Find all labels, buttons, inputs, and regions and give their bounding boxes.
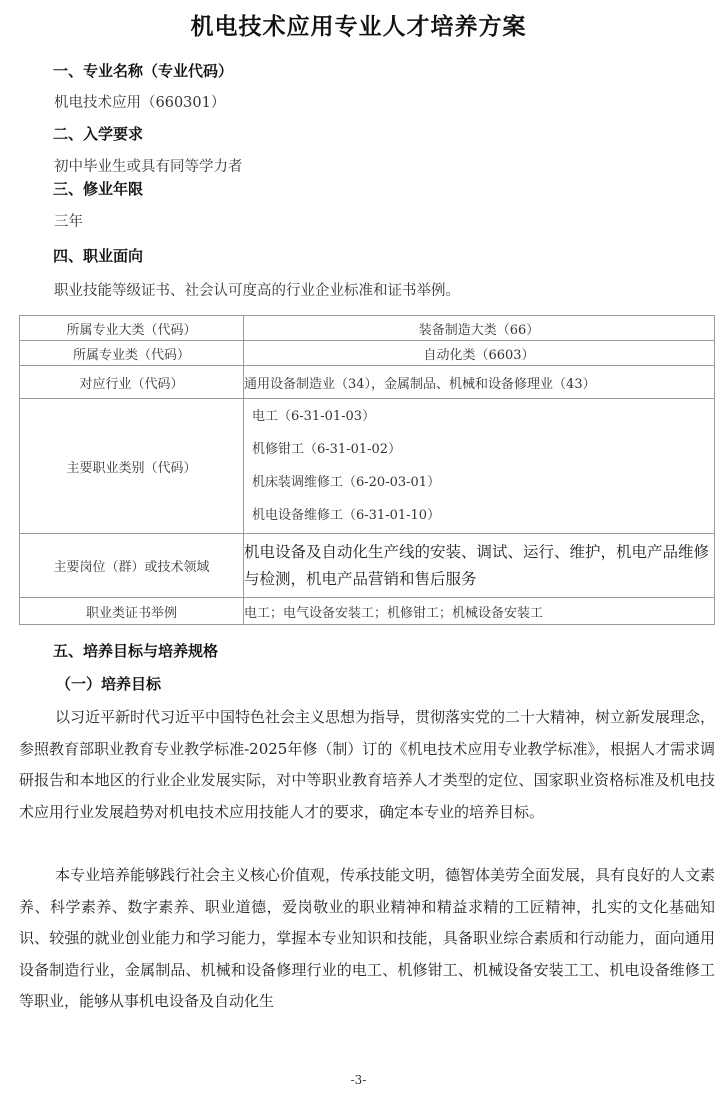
paragraph: 以习近平新时代习近平中国特色社会主义思想为指导，贯彻落实党的二十大精神，树立新发… — [19, 702, 715, 828]
page-number: -3- — [0, 1073, 717, 1087]
duration-text: 三年 — [54, 210, 83, 231]
admission-text: 初中毕业生或具有同等学力者 — [54, 155, 243, 176]
table-value-cell: 电工；电气设备安装工；机修钳工；机械设备安装工 — [244, 598, 715, 625]
section-heading-duration: 三、修业年限 — [53, 178, 143, 199]
occupation-item: 机修钳工（6-31-01-02） — [244, 433, 714, 466]
table-row: 所属专业类（代码） 自动化类（6603） — [20, 341, 715, 366]
table-label-cell: 主要职业类别（代码） — [20, 399, 244, 534]
document-title: 机电技术应用专业人才培养方案 — [0, 8, 717, 41]
table-row: 职业类证书举例 电工；电气设备安装工；机修钳工；机械设备安装工 — [20, 598, 715, 625]
table-label-cell: 职业类证书举例 — [20, 598, 244, 625]
table-label-cell: 所属专业类（代码） — [20, 341, 244, 366]
subsection-heading-training-goal: （一）培养目标 — [56, 673, 161, 694]
occupation-item: 机电设备维修工（6-31-01-10） — [244, 499, 714, 532]
table-value-cell: 通用设备制造业（34），金属制品、机械和设备修理业（43） — [244, 366, 715, 399]
table-value-cell: 机电设备及自动化生产线的安装、调试、运行、维护，机电产品维修与检测，机电产品营销… — [244, 534, 715, 598]
paragraph-text: 以习近平新时代习近平中国特色社会主义思想为指导，贯彻落实党的二十大精神，树立新发… — [19, 708, 715, 821]
section-heading-admission: 二、入学要求 — [53, 123, 143, 144]
table-value-cell: 自动化类（6603） — [244, 341, 715, 366]
table-row: 对应行业（代码） 通用设备制造业（34），金属制品、机械和设备修理业（43） — [20, 366, 715, 399]
occupation-item: 机床装调维修工（6-20-03-01） — [244, 466, 714, 499]
section-heading-training-goals: 五、培养目标与培养规格 — [53, 640, 218, 661]
paragraph-text: 本专业培养能够践行社会主义核心价值观，传承技能文明，德智体美劳全面发展，具有良好… — [19, 866, 715, 1010]
table-row: 所属专业大类（代码） 装备制造大类（66） — [20, 316, 715, 341]
section-heading-career: 四、职业面向 — [53, 245, 143, 266]
table-label-cell: 所属专业大类（代码） — [20, 316, 244, 341]
career-info-table: 所属专业大类（代码） 装备制造大类（66） 所属专业类（代码） 自动化类（660… — [19, 315, 715, 625]
table-row: 主要岗位（群）或技术领域 机电设备及自动化生产线的安装、调试、运行、维护，机电产… — [20, 534, 715, 598]
paragraph: 本专业培养能够践行社会主义核心价值观，传承技能文明，德智体美劳全面发展，具有良好… — [19, 860, 715, 1018]
occupation-item: 电工（6-31-01-03） — [244, 400, 714, 433]
table-label-cell: 对应行业（代码） — [20, 366, 244, 399]
section-heading-major-name: 一、专业名称（专业代码） — [53, 60, 233, 81]
table-value-cell: 电工（6-31-01-03） 机修钳工（6-31-01-02） 机床装调维修工（… — [244, 399, 715, 534]
table-value-cell: 装备制造大类（66） — [244, 316, 715, 341]
major-name-text: 机电技术应用（660301） — [54, 91, 225, 112]
career-intro-text: 职业技能等级证书、社会认可度高的行业企业标准和证书举例。 — [54, 279, 460, 300]
table-row: 主要职业类别（代码） 电工（6-31-01-03） 机修钳工（6-31-01-0… — [20, 399, 715, 534]
table-label-cell: 主要岗位（群）或技术领域 — [20, 534, 244, 598]
